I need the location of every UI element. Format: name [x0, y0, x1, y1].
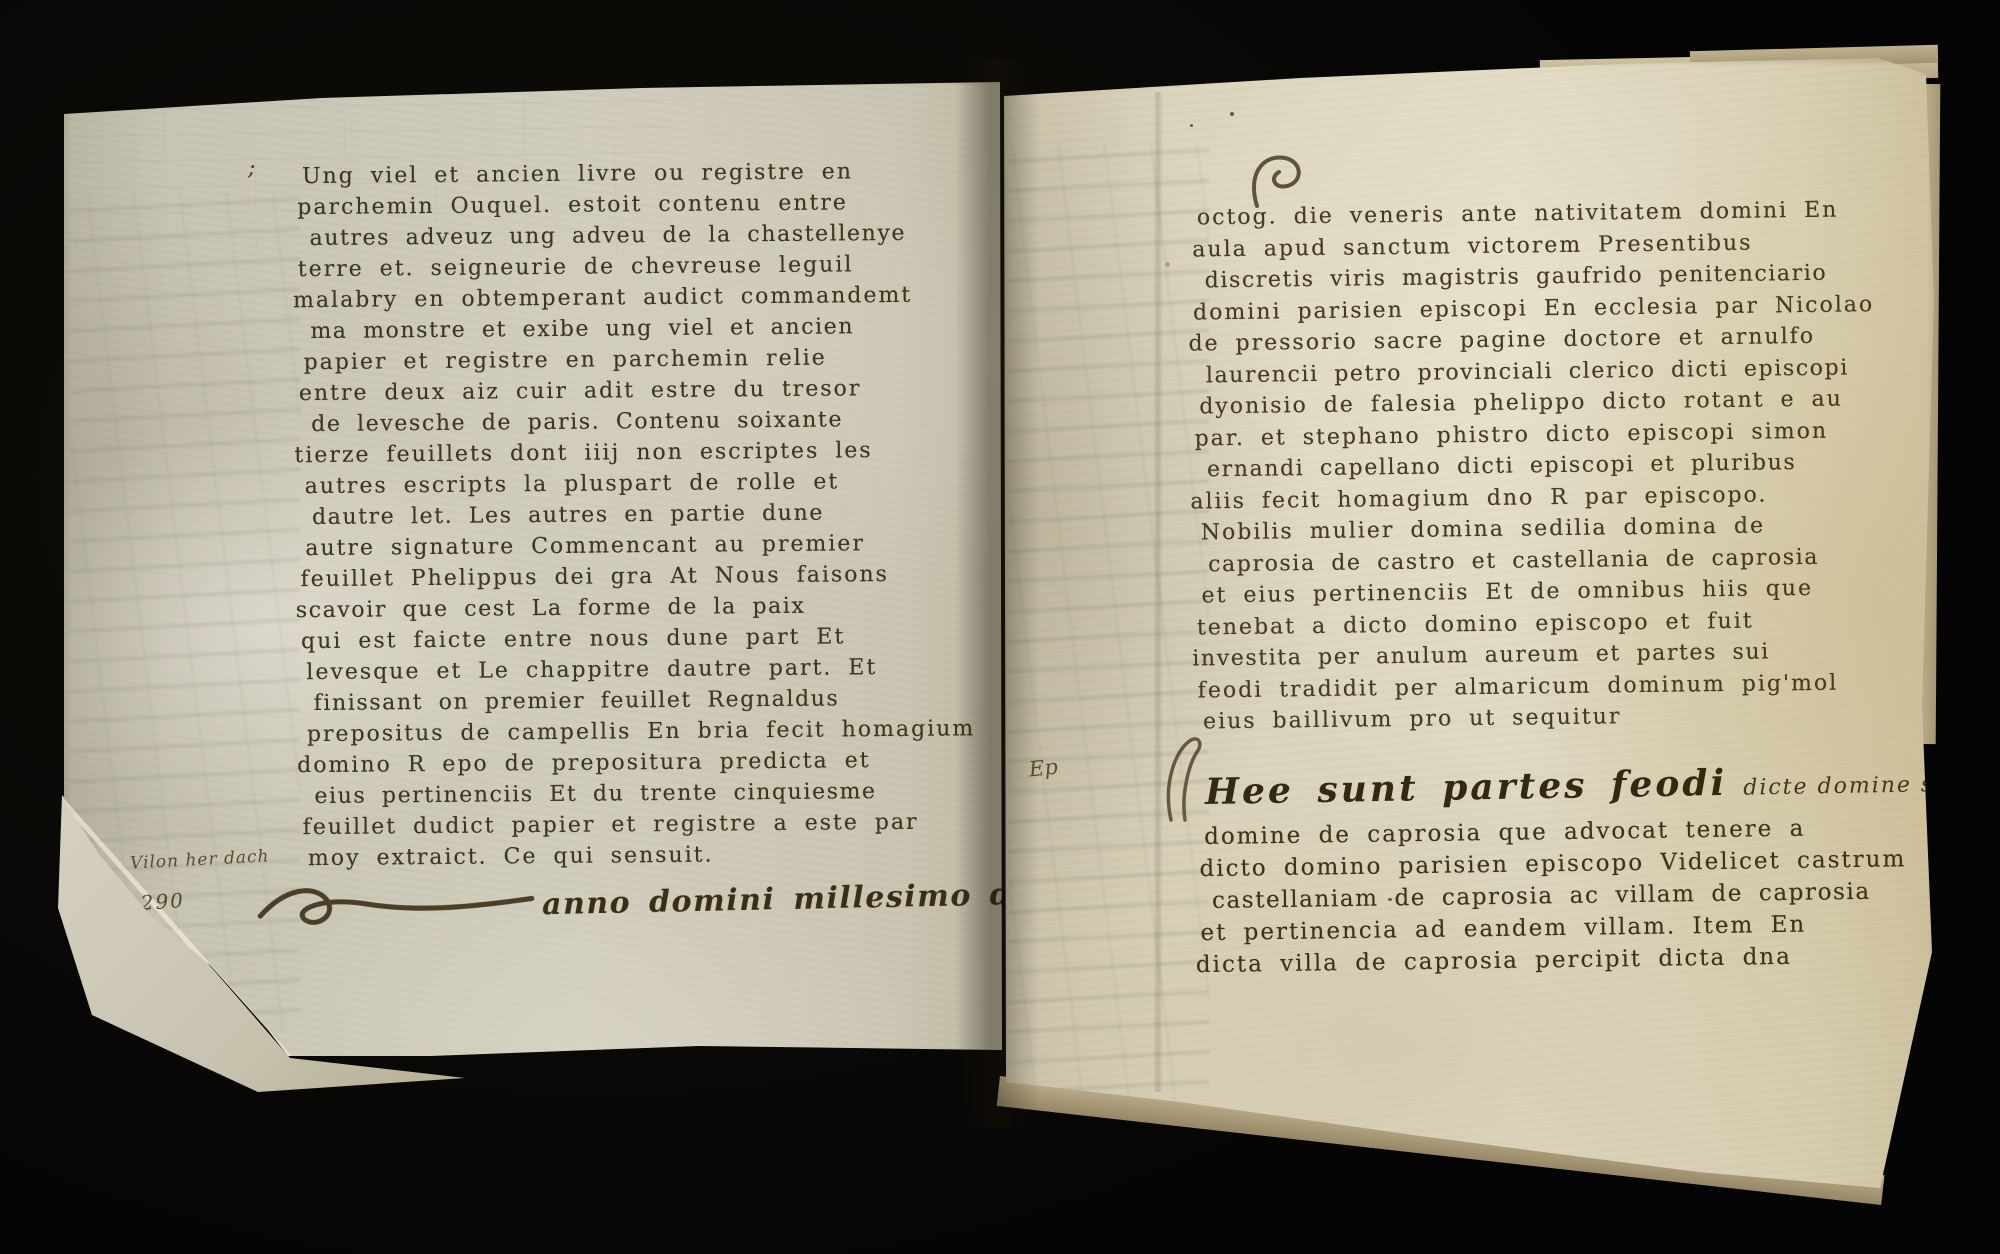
- ink-speck: [1190, 124, 1193, 127]
- right-text-block: octog. die veneris ante nativitatem domi…: [1197, 194, 1923, 738]
- ink-speck: [1388, 898, 1392, 901]
- feod-heading-row: Hee sunt partes feodi dicte domine sedil…: [1205, 757, 2000, 813]
- red-stain-speck: [1165, 262, 1170, 267]
- heading-flourish: [1161, 734, 1207, 824]
- manuscript-line: feuillet dudict papier et registre a est…: [303, 806, 1018, 843]
- feod-heading: Hee sunt partes feodi: [1205, 762, 1728, 813]
- manuscript-photo-scene: ; Ung viel et ancien livre ou registre e…: [0, 0, 2000, 1254]
- bleedthrough-texture-right: [1009, 142, 1209, 1102]
- feod-heading-suffix: dicte domine sedilie: [1743, 771, 2000, 801]
- left-page: ; Ung viel et ancien livre ou registre e…: [56, 72, 1008, 1078]
- left-margin-note: Vilon her dach: [130, 846, 270, 873]
- left-text-block: Ung viel et ancien livre ou registre enp…: [302, 155, 1018, 874]
- manuscript-line: prepositus de campellis En bria fecit ho…: [307, 713, 1017, 750]
- manuscript-line: malabry en obtemperant audict commandemt: [293, 279, 1013, 316]
- margin-mark-ep: Ep: [1028, 755, 1059, 782]
- closing-flourish-swash: [256, 876, 537, 938]
- feod-section-block: domine de caprosia que advocat tenere ad…: [1204, 811, 1926, 981]
- ink-speck: [1230, 112, 1234, 116]
- paragraph-lead-mark: ;: [248, 156, 255, 181]
- right-page: octog. die veneris ante nativitatem domi…: [993, 52, 1943, 1204]
- vertical-crease: [1153, 92, 1163, 1092]
